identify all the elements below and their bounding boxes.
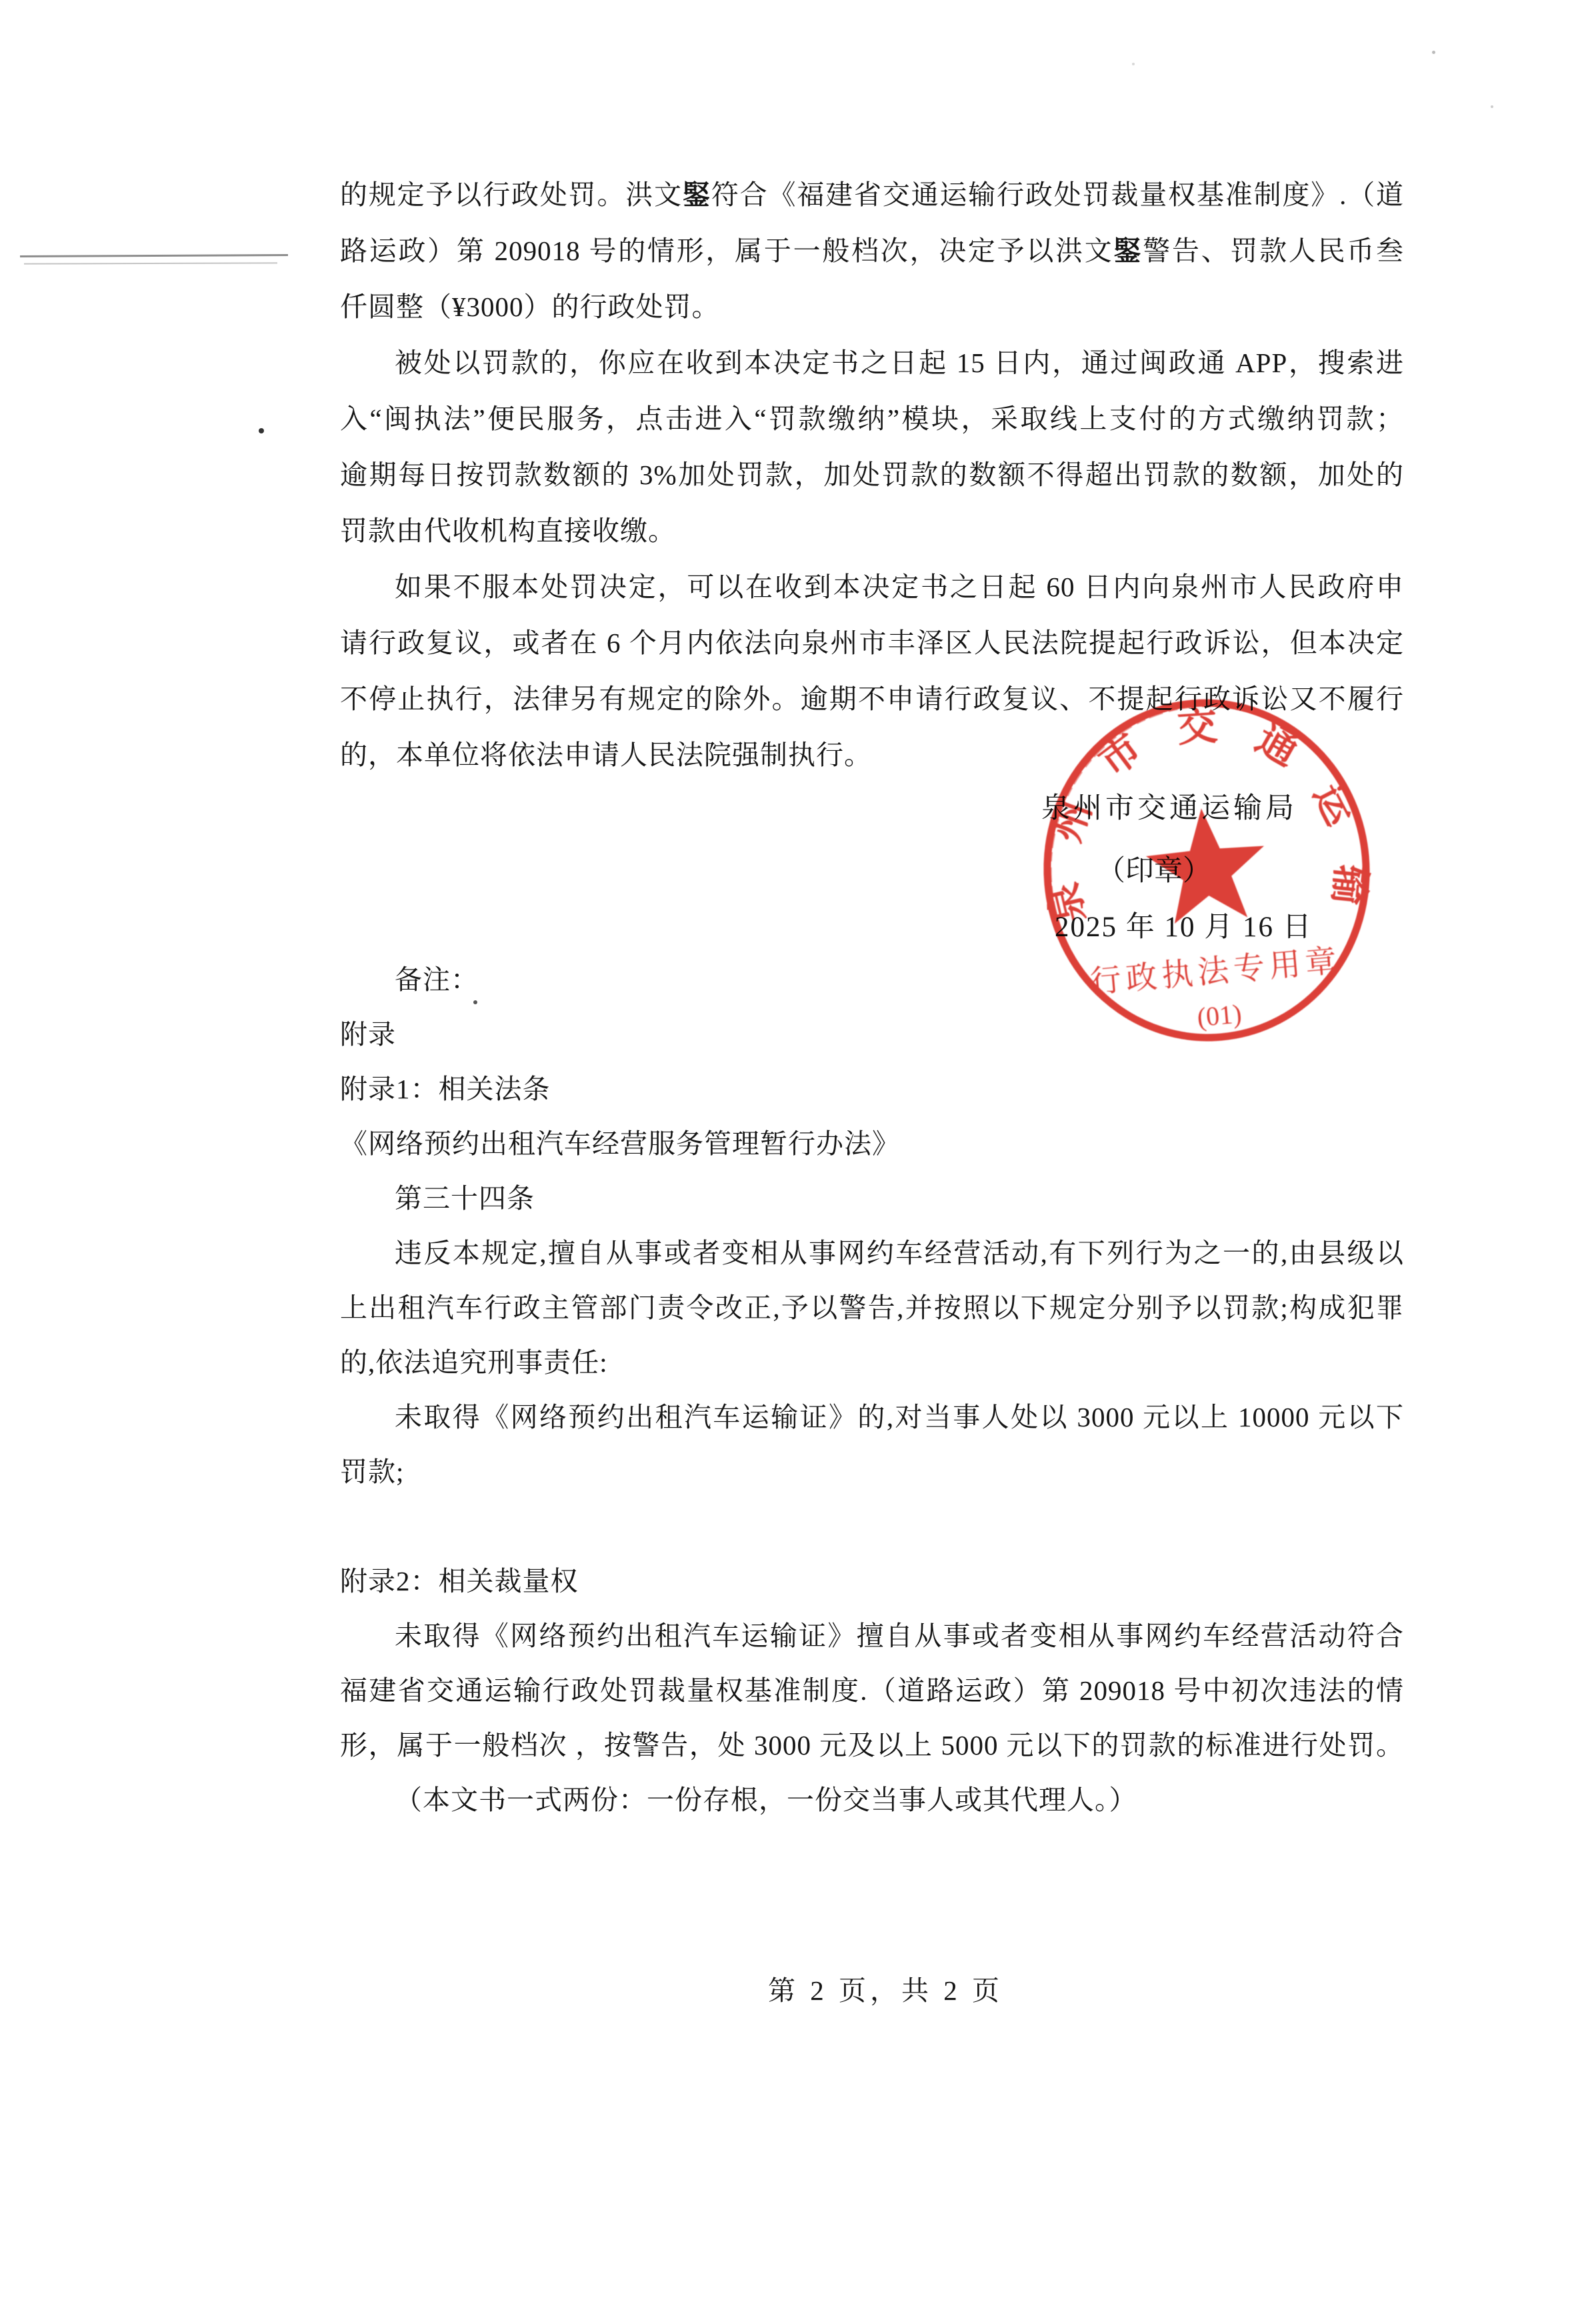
appendix1-line-4: 未取得《网络预约出租汽车运输证》的,对当事人处以 3000 元以上 10000 … [340, 1390, 1404, 1444]
scanned-document-page: 的规定予以行政处罚。洪文鋻符合《福建省交通运输行政处罚裁量权基准制度》.（道 路… [0, 0, 1596, 2310]
appendix1-title: 附录1：相关法条 [340, 1062, 1404, 1116]
paragraph-1-line-3: 仟圆整（¥3000）的行政处罚。 [340, 279, 1404, 335]
paragraph-2-line-2: 入“闽执法”便民服务，点击进入“罚款缴纳”模块，采取线上支付的方式缴纳罚款； [340, 391, 1404, 447]
scan-speck [1132, 63, 1135, 65]
paragraph-2-line-1: 被处以罚款的，你应在收到本决定书之日起 15 日内，通过闽政通 APP，搜索进 [340, 335, 1404, 391]
scan-scratch-line-2 [24, 262, 277, 264]
appendix2-title: 附录2：相关裁量权 [340, 1554, 1404, 1608]
p1-l2-text: 路运政）第 209018 号的情形，属于一般档次，决定予以洪文 [340, 235, 1114, 266]
paragraph-2-line-4: 罚款由代收机构直接收缴。 [340, 503, 1404, 559]
appendix1-law-title: 《网络预约出租汽车经营服务管理暂行办法》 [340, 1116, 1404, 1171]
appendix2-line-3: 形，属于一般档次 ，按警告，处 3000 元及以上 5000 元以下的罚款的标准… [340, 1718, 1404, 1773]
party-name-char: 鋻 [683, 179, 711, 210]
appendix-label: 附录 [340, 1007, 1404, 1062]
remark-label: 备注： [340, 952, 1404, 1007]
p1-l2-text-cont: 警告、罚款人民币叁 [1143, 235, 1404, 266]
blank-line [340, 1499, 1404, 1554]
appendix1-line-3: 的,依法追究刑事责任: [340, 1335, 1404, 1390]
paragraph-3-line-2: 请行政复议，或者在 6 个月内依法向泉州市丰泽区人民法院提起行政诉讼，但本决定 [340, 615, 1404, 671]
p1-l1-text-cont: 符合《福建省交通运输行政处罚裁量权基准制度》.（道 [711, 179, 1404, 210]
page-number-footer: 第 2 页，共 2 页 [768, 1969, 1003, 2008]
appendix2-line-1: 未取得《网络预约出租汽车运输证》擅自从事或者变相从事网约车经营活动符合 [340, 1608, 1404, 1663]
copies-note: （本文书一式两份：一份存根，一份交当事人或其代理人。） [340, 1773, 1404, 1827]
p1-l1-text: 的规定予以行政处罚。洪文 [340, 179, 683, 210]
appendix1-line-5: 罚款; [340, 1444, 1404, 1499]
appendix-section: 备注： 附录 附录1：相关法条 《网络预约出租汽车经营服务管理暂行办法》 第三十… [340, 952, 1404, 1827]
star-icon [1142, 804, 1270, 926]
party-name-char-2: 鋻 [1114, 235, 1143, 266]
paragraph-3-line-1: 如果不服本处罚决定，可以在收到本决定书之日起 60 日内向泉州市人民政府申 [340, 559, 1404, 615]
appendix1-line-1: 违反本规定,擅自从事或者变相从事网约车经营活动,有下列行为之一的,由县级以 [340, 1226, 1404, 1280]
appendix2-line-2: 福建省交通运输行政处罚裁量权基准制度.（道路运政）第 209018 号中初次违法… [340, 1663, 1404, 1718]
scan-speck [259, 428, 264, 433]
paragraph-1-line-1: 的规定予以行政处罚。洪文鋻符合《福建省交通运输行政处罚裁量权基准制度》.（道 [340, 167, 1404, 223]
appendix1-line-2: 上出租汽车行政主管部门责令改正,予以警告,并按照以下规定分别予以罚款;构成犯罪 [340, 1280, 1404, 1335]
scan-speck [1491, 105, 1493, 108]
scan-scratch-line [20, 254, 288, 257]
paragraph-1-line-2: 路运政）第 209018 号的情形，属于一般档次，决定予以洪文鋻警告、罚款人民币… [340, 223, 1404, 279]
paragraph-2-line-3: 逾期每日按罚款数额的 3%加处罚款，加处罚款的数额不得超出罚款的数额，加处的 [340, 447, 1404, 503]
appendix1-article: 第三十四条 [340, 1171, 1404, 1226]
scan-speck [1432, 51, 1435, 54]
